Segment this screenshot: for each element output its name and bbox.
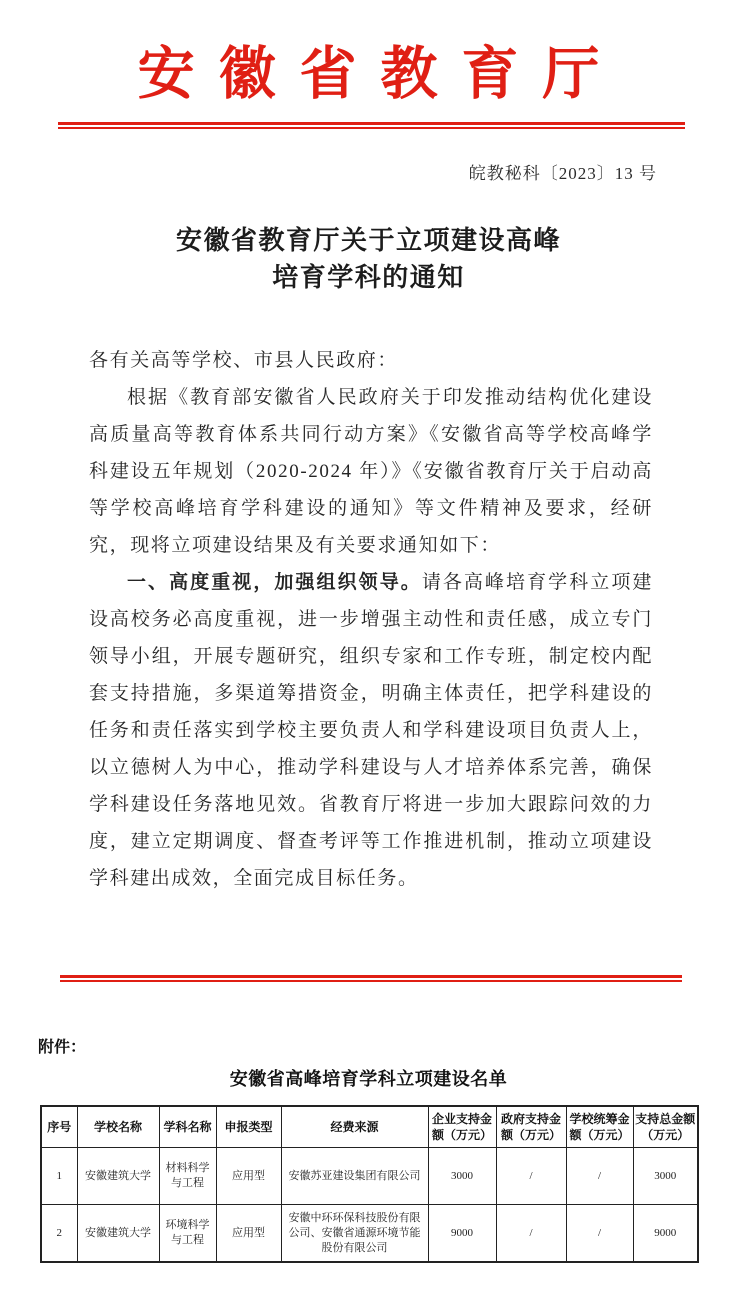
document-number: 皖教秘科〔2023〕13 号 [0, 159, 657, 184]
notice-title: 安徽省教育厅关于立项建设高峰 培育学科的通知 [0, 222, 737, 296]
col-header-school-amount: 学校统筹金额（万元） [566, 1106, 633, 1148]
col-header-funding-source: 经费来源 [281, 1106, 428, 1148]
col-header-total-amount: 支持总金额（万元） [633, 1106, 698, 1148]
col-header-apply-type: 申报类型 [216, 1106, 281, 1148]
table-header-row: 序号 学校名称 学科名称 申报类型 经费来源 企业支持金额（万元） 政府支持金额… [41, 1106, 698, 1148]
attachment-table: 序号 学校名称 学科名称 申报类型 经费来源 企业支持金额（万元） 政府支持金额… [40, 1105, 699, 1263]
paragraph-one-heading: 一、高度重视，加强组织领导。 [127, 572, 422, 593]
agency-name: 安徽省教育厅 [0, 42, 737, 108]
cell-funding-source: 安徽中环环保科技股份有限公司、安徽省通源环境节能股份有限公司 [281, 1205, 428, 1263]
cell-government-amount: / [496, 1148, 566, 1205]
col-header-enterprise-amount: 企业支持金额（万元） [428, 1106, 496, 1148]
col-header-discipline: 学科名称 [159, 1106, 216, 1148]
cell-enterprise-amount: 3000 [428, 1148, 496, 1205]
cell-seq: 2 [41, 1205, 77, 1263]
col-header-seq: 序号 [41, 1106, 77, 1148]
cell-apply-type: 应用型 [216, 1148, 281, 1205]
document-page: 安徽省教育厅 皖教秘科〔2023〕13 号 安徽省教育厅关于立项建设高峰 培育学… [0, 0, 737, 1304]
red-separator-top [58, 122, 685, 129]
salutation: 各有关高等学校、市县人民政府： [89, 342, 653, 379]
cell-total-amount: 3000 [633, 1148, 698, 1205]
cell-apply-type: 应用型 [216, 1205, 281, 1263]
notice-title-line1: 安徽省教育厅关于立项建设高峰 [0, 222, 737, 259]
paragraph-one: 一、高度重视，加强组织领导。请各高峰培育学科立项建设高校务必高度重视，进一步增强… [89, 564, 653, 897]
col-header-government-amount: 政府支持金额（万元） [496, 1106, 566, 1148]
paragraph-basis: 根据《教育部安徽省人民政府关于印发推动结构优化建设高质量高等教育体系共同行动方案… [89, 379, 653, 564]
paragraph-one-text: 请各高峰培育学科立项建设高校务必高度重视，进一步增强主动性和责任感，成立专门领导… [89, 572, 653, 889]
red-separator-bottom [60, 975, 682, 982]
table-row: 2 安徽建筑大学 环境科学与工程 应用型 安徽中环环保科技股份有限公司、安徽省通… [41, 1205, 698, 1263]
cell-school: 安徽建筑大学 [77, 1205, 159, 1263]
col-header-school: 学校名称 [77, 1106, 159, 1148]
cell-government-amount: / [496, 1205, 566, 1263]
attachment-label: 附件： [38, 1034, 737, 1057]
cell-seq: 1 [41, 1148, 77, 1205]
attachment-table-title: 安徽省高峰培育学科立项建设名单 [0, 1065, 737, 1091]
cell-enterprise-amount: 9000 [428, 1205, 496, 1263]
notice-title-line2: 培育学科的通知 [0, 259, 737, 296]
cell-school-amount: / [566, 1148, 633, 1205]
cell-total-amount: 9000 [633, 1205, 698, 1263]
cell-school-amount: / [566, 1205, 633, 1263]
cell-discipline: 环境科学与工程 [159, 1205, 216, 1263]
document-body: 各有关高等学校、市县人民政府： 根据《教育部安徽省人民政府关于印发推动结构优化建… [89, 342, 653, 897]
cell-discipline: 材料科学与工程 [159, 1148, 216, 1205]
cell-school: 安徽建筑大学 [77, 1148, 159, 1205]
table-row: 1 安徽建筑大学 材料科学与工程 应用型 安徽苏亚建设集团有限公司 3000 /… [41, 1148, 698, 1205]
cell-funding-source: 安徽苏亚建设集团有限公司 [281, 1148, 428, 1205]
letterhead: 安徽省教育厅 [0, 0, 737, 108]
